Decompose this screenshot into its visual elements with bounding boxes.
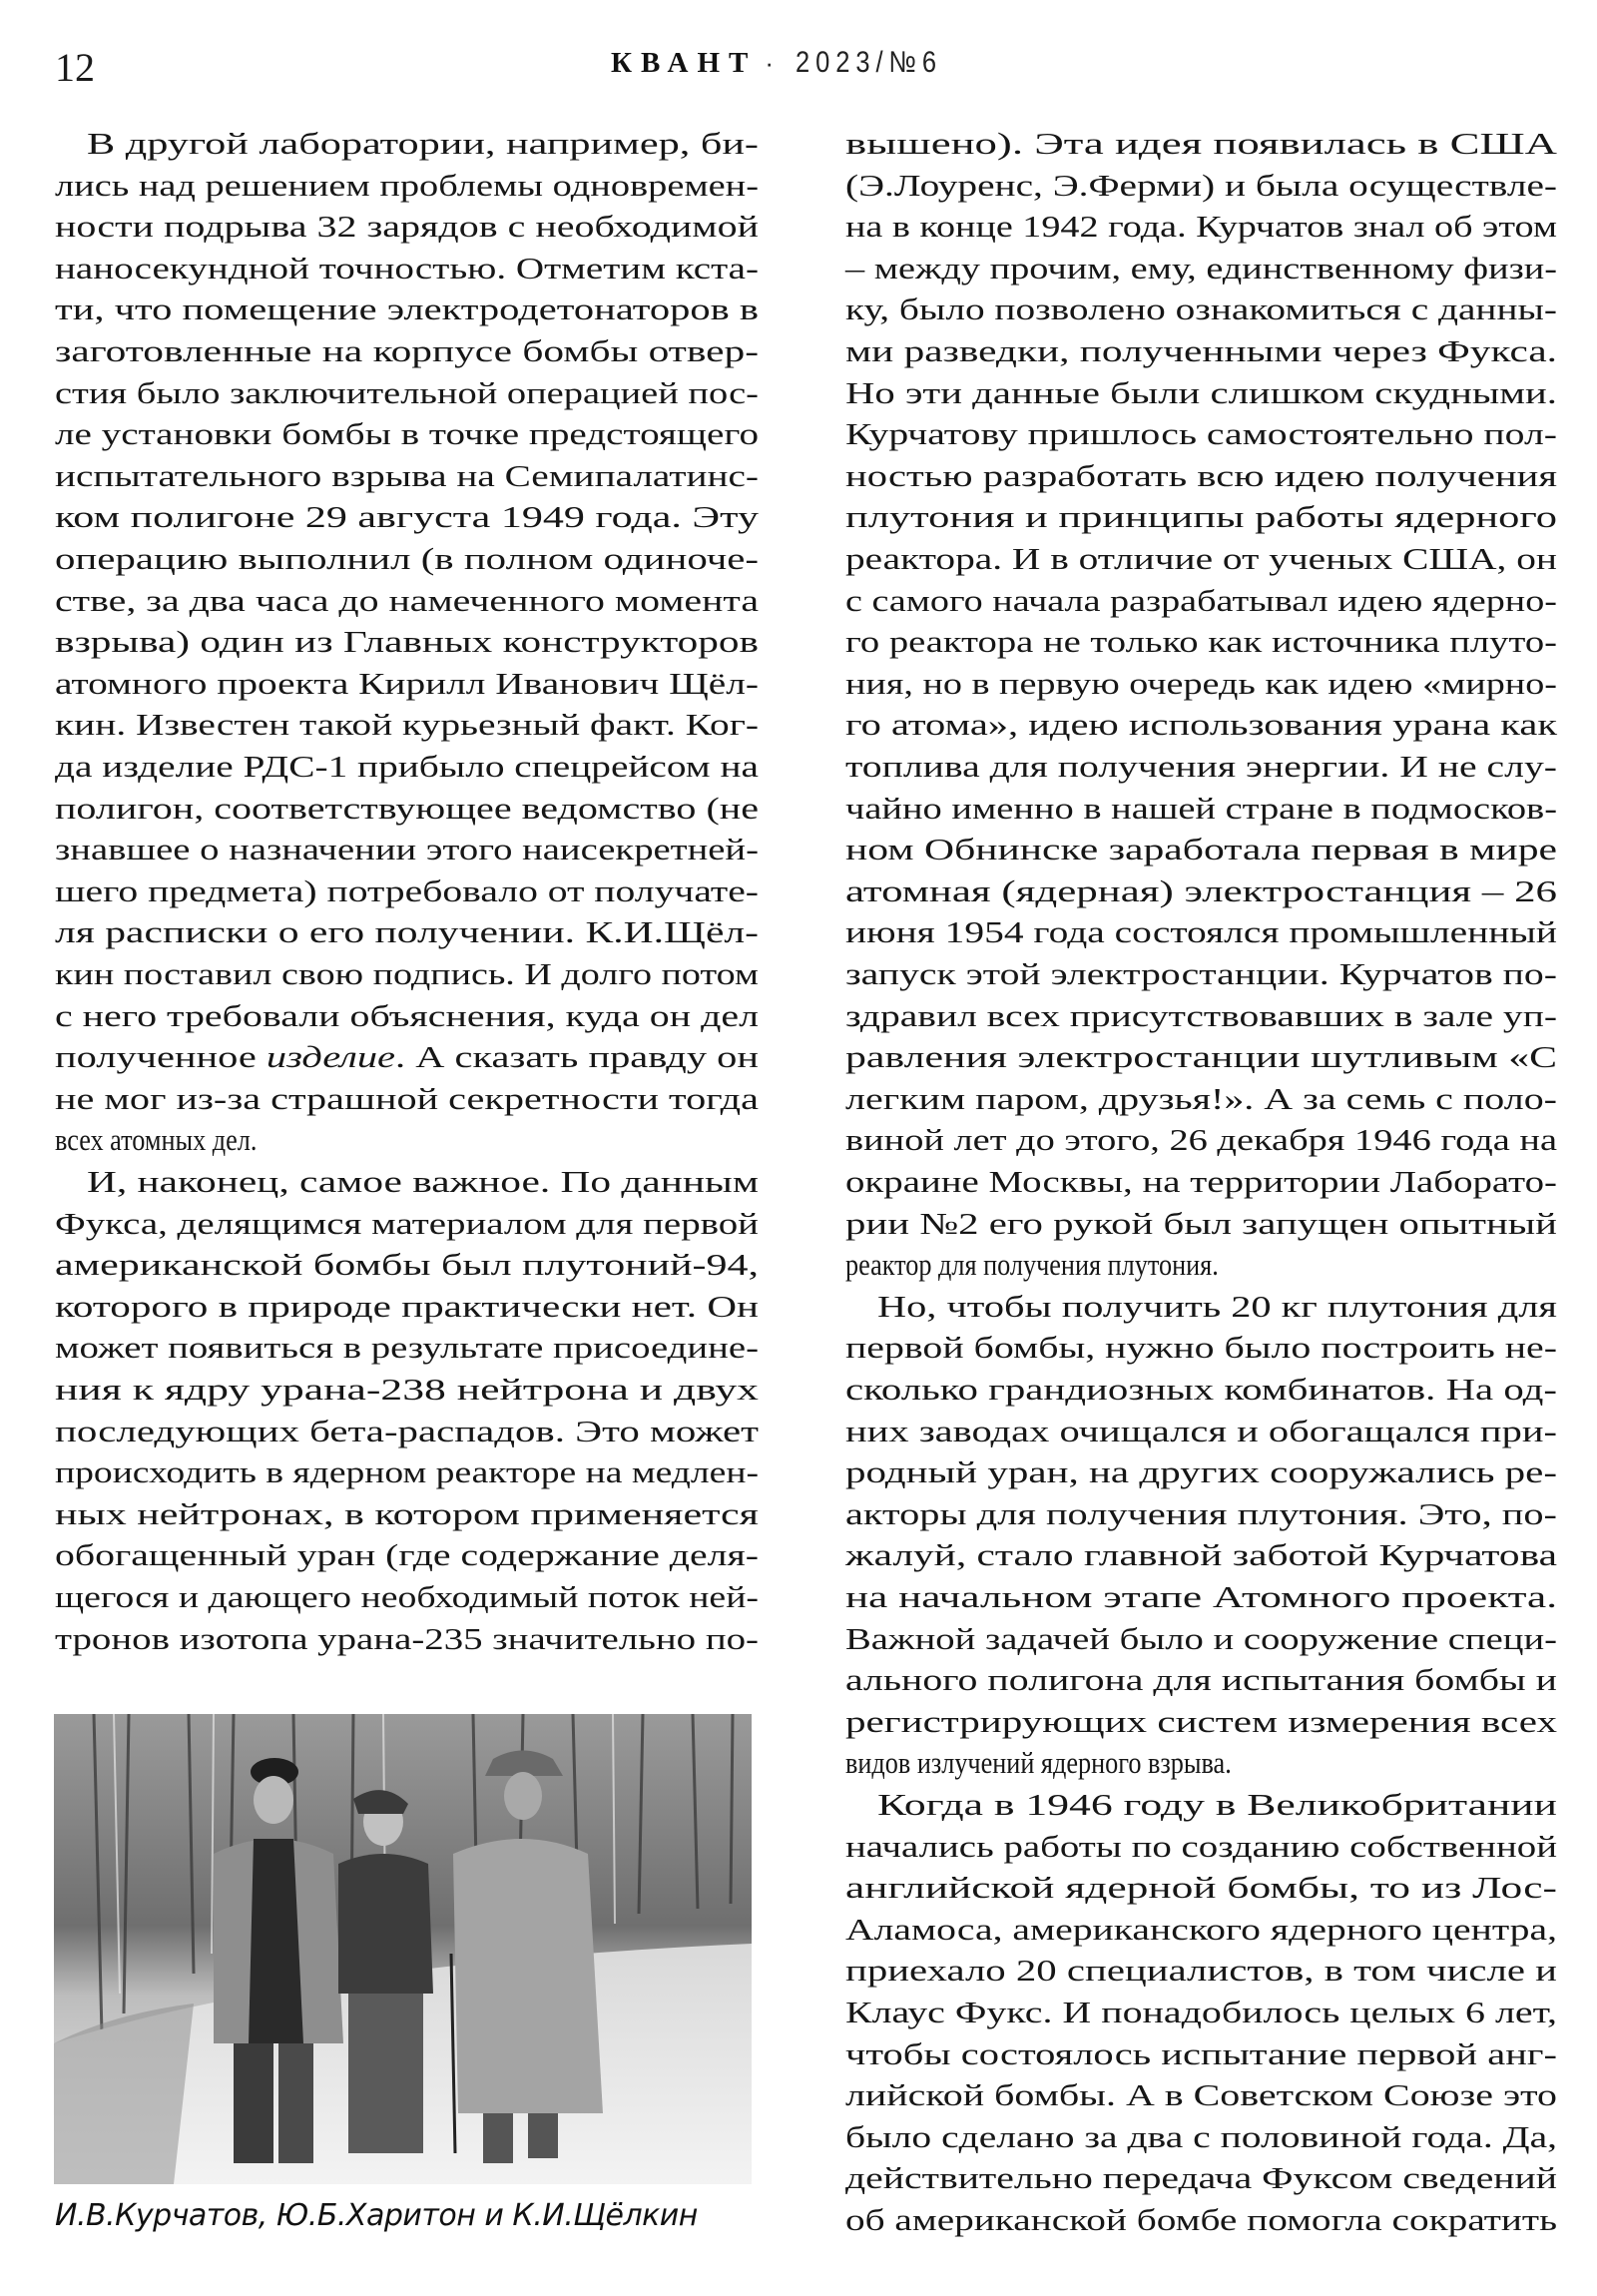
- text-line-content: происходить в ядерном реакторе на медлен…: [55, 1452, 759, 1494]
- text-line-content: с самого начала разрабатывал идею ядерно…: [845, 581, 1557, 623]
- text-line: реактора. И в отличие от ученых США, он: [845, 539, 1396, 581]
- text-line: Когда в 1946 году в Великобритании: [845, 1785, 1352, 1827]
- text-line-content: с него требовали объяснения, куда он дел: [55, 996, 759, 1038]
- text-line: ми разведки, полученными через Фукса.: [845, 331, 1370, 373]
- text-line-content: операцию выполнил (в полном одиноче-: [55, 539, 759, 581]
- text-line-content: акторы для получения плутония. Это, по-: [845, 1494, 1557, 1536]
- text-line: вышено). Эта идея появилась в США: [845, 124, 1331, 166]
- text-line-content: го атома», идею использования урана как: [845, 705, 1557, 747]
- text-line-content: английской ядерной бомбы, то из Лос-: [845, 1868, 1557, 1910]
- text-line-content: Фукса, делящимся материалом для первой: [55, 1204, 759, 1246]
- text-line: жалуй, стало главной заботой Курчатова: [845, 1535, 1369, 1577]
- text-line-content: реактора. И в отличие от ученых США, он: [845, 539, 1557, 581]
- text-line: на начальном этапе Атомного проекта.: [845, 1577, 1347, 1619]
- text-line: может появиться в результате присоедине-: [55, 1328, 609, 1370]
- text-line: об американской бомбе помогла сократить: [845, 2200, 1398, 2242]
- text-line: ком полигоне 29 августа 1949 года. Эту: [55, 497, 566, 539]
- text-line-content: регистрирующих систем измерения всех: [845, 1702, 1557, 1744]
- text-line-content: ния к ядру урана-238 нейтрона и двух: [55, 1370, 759, 1412]
- text-line-content: видов излучений ядерного взрыва.: [845, 1743, 1232, 1785]
- magazine-page: 12 КВАНТ · 2023/№6 В другой лаборатории,…: [0, 0, 1597, 2296]
- photo-three-men-walking-icon: [54, 1714, 752, 2184]
- text-line-content: плутония и принципы работы ядерного: [845, 497, 1557, 539]
- text-line-content: И, наконец, самое важное. По данным: [87, 1162, 759, 1204]
- text-line: кин. Известен такой курьезный факт. Ког-: [55, 705, 600, 747]
- text-line-content: них заводах очищался и обогащался при-: [845, 1412, 1557, 1453]
- text-line: лись над решением проблемы одновремен-: [55, 166, 614, 208]
- text-line-content: запуск этой электростанции. Курчатов по-: [845, 954, 1557, 996]
- text-line-content: жалуй, стало главной заботой Курчатова: [845, 1535, 1557, 1577]
- text-line-content: Аламоса, американского ядерного центра,: [845, 1910, 1557, 1952]
- text-line: приехало 20 специалистов, в том числе и: [845, 1951, 1377, 1993]
- text-line: регистрирующих систем измерения всех: [845, 1702, 1374, 1744]
- text-line: всех атомных дел.: [55, 1120, 289, 1162]
- text-line-content: начались работы по созданию собственной: [845, 1827, 1557, 1869]
- text-line: ных нейтронах, в котором применяется: [55, 1494, 566, 1536]
- text-line-content: Курчатову пришлось самостоятельно пол-: [845, 414, 1557, 456]
- text-line: Важной задачей было и сооружение специ-: [845, 1619, 1407, 1661]
- text-line: не мог из-за страшной секретности тогда: [55, 1079, 589, 1121]
- emphasis: изделие: [266, 1040, 395, 1074]
- text-line: щегося и дающего необходимый поток ней-: [55, 1577, 623, 1619]
- text-line-content: заготовленные на корпусе бомбы отвер-: [55, 331, 759, 373]
- text-line: полигон, соответствующее ведомство (не: [55, 789, 591, 831]
- text-line-content: ком полигоне 29 августа 1949 года. Эту: [55, 497, 759, 539]
- text-line-content: было сделано за два с половиной года. Да…: [845, 2117, 1557, 2159]
- text-line: действительно передача Фуксом сведений: [845, 2158, 1392, 2200]
- text-line-content: окраине Москвы, на территории Лаборато-: [845, 1162, 1557, 1204]
- text-line-content: которого в природе практически нет. Он: [55, 1287, 759, 1329]
- text-line: – между прочим, ему, единственному физи-: [845, 249, 1412, 290]
- text-line: кин поставил свою подпись. И долго потом: [55, 954, 619, 996]
- text-line: ном Обнинске заработала первая в мире: [845, 830, 1367, 871]
- text-line-content: (Э.Лоуренс, Э.Ферми) и была осуществле-: [845, 166, 1557, 208]
- text-line: плутония и принципы работы ядерного: [845, 497, 1356, 539]
- text-line: ния, но в первую очередь как идею «мирно…: [845, 664, 1414, 706]
- text-line-content: кин. Известен такой курьезный факт. Ког-: [55, 705, 759, 747]
- text-line-content: испытательного взрыва на Семипалатинс-: [55, 456, 759, 498]
- text-line-content: да изделие РДС-1 прибыло спецрейсом на: [55, 747, 759, 789]
- text-line-content: знавшее о назначении этого наисекретней-: [55, 830, 759, 871]
- text-line: атомного проекта Кирилл Иванович Щёл-: [55, 664, 601, 706]
- text-line: чтобы состоялось испытание первой анг-: [845, 2034, 1381, 2076]
- text-line-content: ми разведки, полученными через Фукса.: [845, 331, 1557, 373]
- text-line: Но эти данные были слишком скудными.: [845, 373, 1378, 415]
- text-line: родный уран, на других сооружались ре-: [845, 1452, 1375, 1494]
- text-line-content: – между прочим, ему, единственному физи-: [845, 249, 1557, 290]
- text-line: знавшее о назначении этого наисекретней-: [55, 830, 610, 871]
- text-line: заготовленные на корпусе бомбы отвер-: [55, 331, 574, 373]
- text-line: с самого начала разрабатывал идею ядерно…: [845, 581, 1414, 623]
- text-line: последующих бета-распадов. Это может: [55, 1412, 580, 1453]
- text-line: американской бомбы был плутоний-94,: [55, 1245, 566, 1287]
- text-line: И, наконец, самое важное. По данным: [55, 1162, 582, 1204]
- text-line-content: топлива для получения энергии. И не слу-: [845, 747, 1557, 789]
- text-line: да изделие РДС-1 прибыло спецрейсом на: [55, 747, 601, 789]
- text-line-content: реактор для получения плутония.: [845, 1245, 1219, 1287]
- issue-number: 2023/№6: [796, 46, 942, 80]
- text-line: лийской бомбы. А в Советском Союзе это: [845, 2075, 1389, 2117]
- text-line: шего предмета) потребовало от получате-: [55, 871, 597, 913]
- text-line: видов излучений ядерного взрыва.: [845, 1743, 1295, 1785]
- text-line: В другой лаборатории, например, би-: [55, 124, 572, 166]
- text-line: наносекундной точностью. Отметим кста-: [55, 249, 604, 290]
- text-line: операцию выполнил (в полном одиноче-: [55, 539, 580, 581]
- text-line-content: ле установки бомбы в точке предстоящего: [55, 414, 759, 456]
- text-line-content: июня 1954 года состоялся промышленный: [845, 912, 1557, 954]
- text-line-content: может появиться в результате присоедине-: [55, 1328, 759, 1370]
- text-line: здравил всех присутствовавших в зале уп-: [845, 996, 1394, 1038]
- text-line-content: Но эти данные были слишком скудными.: [845, 373, 1557, 415]
- text-line: го реактора не только как источника плут…: [845, 622, 1407, 664]
- text-line-content: лийской бомбы. А в Советском Союзе это: [845, 2075, 1557, 2117]
- text-line-content: чайно именно в нашей стране в подмосков-: [845, 789, 1557, 831]
- text-line: взрыва) один из Главных конструкторов: [55, 622, 576, 664]
- text-line-content: не мог из-за страшной секретности тогда: [55, 1079, 759, 1121]
- text-line-content: вышено). Эта идея появилась в США: [845, 124, 1557, 166]
- text-line-content: сколько грандиозных комбинатов. На од-: [845, 1370, 1557, 1412]
- text-line-content: ля расписки о его получении. К.И.Щёл-: [55, 912, 759, 954]
- text-line-content: здравил всех присутствовавших в зале уп-: [845, 996, 1557, 1038]
- text-line: ности подрыва 32 зарядов с необходимой: [55, 207, 592, 249]
- text-line-content: го реактора не только как источника плут…: [845, 622, 1557, 664]
- text-line: топлива для получения энергии. И не слу-: [845, 747, 1392, 789]
- text-line-content: ти, что помещение электродетонаторов в: [55, 289, 759, 331]
- text-line: виной лет до этого, 26 декабря 1946 года…: [845, 1120, 1411, 1162]
- text-line: начались работы по созданию собственной: [845, 1827, 1404, 1869]
- text-line: происходить в ядерном реакторе на медлен…: [55, 1452, 626, 1494]
- text-line-content: щегося и дающего необходимый поток ней-: [55, 1577, 759, 1619]
- text-line-content: полученное изделие. А сказать правду он: [55, 1037, 759, 1079]
- text-line: испытательного взрыва на Семипалатинс-: [55, 456, 602, 498]
- text-line: Фукса, делящимся материалом для первой: [55, 1204, 607, 1246]
- text-line: обогащенный уран (где содержание деля-: [55, 1535, 595, 1577]
- text-line-content: атомная (ядерная) электростанция – 26: [845, 871, 1557, 913]
- text-line-content: Когда в 1946 году в Великобритании: [877, 1785, 1557, 1827]
- text-line: атомная (ядерная) электростанция – 26: [845, 871, 1351, 913]
- historical-photo: [54, 1714, 752, 2184]
- text-line: Аламоса, американского ядерного центра,: [845, 1910, 1392, 1952]
- running-head: КВАНТ · 2023/№6: [611, 46, 968, 86]
- text-line: английской ядерной бомбы, то из Лос-: [845, 1868, 1345, 1910]
- text-line: равления электростанции шутливым «С: [845, 1037, 1364, 1079]
- page-number: 12: [55, 46, 95, 90]
- text-line-content: обогащенный уран (где содержание деля-: [55, 1535, 759, 1577]
- header-separator: ·: [765, 48, 774, 79]
- text-line-content: на начальном этапе Атомного проекта.: [845, 1577, 1557, 1619]
- text-line-content: последующих бета-распадов. Это может: [55, 1412, 759, 1453]
- text-line: ностью разработать всю идею получения: [845, 456, 1380, 498]
- text-line-content: стве, за два часа до намеченного момента: [55, 581, 759, 623]
- text-line-content: виной лет до этого, 26 декабря 1946 года…: [845, 1120, 1557, 1162]
- text-line: го атома», идею использования урана как: [845, 705, 1381, 747]
- text-line-content: действительно передача Фуксом сведений: [845, 2158, 1557, 2200]
- text-line-content: легким паром, друзья!». А за семь с поло…: [845, 1079, 1557, 1121]
- text-line: с него требовали объяснения, куда он дел: [55, 996, 593, 1038]
- text-line: ти, что помещение электродетонаторов в: [55, 289, 585, 331]
- text-line-content: ку, было позволено ознакомиться с данны-: [845, 289, 1557, 331]
- text-line-content: взрыва) один из Главных конструкторов: [55, 622, 759, 664]
- text-line-content: ности подрыва 32 зарядов с необходимой: [55, 207, 759, 249]
- text-line: на в конце 1942 года. Курчатов знал об э…: [845, 207, 1414, 249]
- text-line-content: стия было заключительной операцией пос-: [55, 373, 759, 415]
- text-line-content: лись над решением проблемы одновремен-: [55, 166, 759, 208]
- text-line-content: об американской бомбе помогла сократить: [845, 2200, 1557, 2242]
- text-line: ле установки бомбы в точке предстоящего: [55, 414, 604, 456]
- text-line: июня 1954 года состоялся промышленный: [845, 912, 1395, 954]
- text-line: было сделано за два с половиной года. Да…: [845, 2117, 1394, 2159]
- text-line: Курчатову пришлось самостоятельно пол-: [845, 414, 1392, 456]
- text-line-content: приехало 20 специалистов, в том числе и: [845, 1951, 1557, 1993]
- text-line: окраине Москвы, на территории Лаборато-: [845, 1162, 1404, 1204]
- text-line-content: тронов изотопа урана-235 значительно по-: [55, 1619, 759, 1661]
- text-line-content: американской бомбы был плутоний-94,: [55, 1245, 759, 1287]
- text-line-content: кин поставил свою подпись. И долго потом: [55, 954, 759, 996]
- text-line: (Э.Лоуренс, Э.Ферми) и была осуществле-: [845, 166, 1397, 208]
- text-line-content: ального полигона для испытания бомбы и: [845, 1660, 1557, 1702]
- text-line-content: полигон, соответствующее ведомство (не: [55, 789, 759, 831]
- text-line: них заводах очищался и обогащался при-: [845, 1412, 1381, 1453]
- text-line-content: Но, чтобы получить 20 кг плутония для: [877, 1287, 1557, 1329]
- text-line-content: наносекундной точностью. Отметим кста-: [55, 249, 759, 290]
- text-line-content: чтобы состоялось испытание первой анг-: [845, 2034, 1557, 2076]
- journal-title: КВАНТ: [611, 47, 757, 80]
- text-line: которого в природе практически нет. Он: [55, 1287, 577, 1329]
- text-line: ку, было позволено ознакомиться с данны-: [845, 289, 1397, 331]
- text-line-content: первой бомбы, нужно было построить не-: [845, 1328, 1557, 1370]
- text-line: чайно именно в нашей стране в подмосков-: [845, 789, 1410, 831]
- text-line: ля расписки о его получении. К.И.Щёл-: [55, 912, 571, 954]
- text-line-content: ных нейтронах, в котором применяется: [55, 1494, 759, 1536]
- text-line: Клаус Фукс. И понадобилось целых 6 лет,: [845, 1993, 1389, 2034]
- text-line-content: родный уран, на других сооружались ре-: [845, 1452, 1557, 1494]
- text-line-content: равления электростанции шутливым «С: [845, 1037, 1557, 1079]
- text-line-content: ностью разработать всю идею получения: [845, 456, 1557, 498]
- text-line-content: ния, но в первую очередь как идею «мирно…: [845, 664, 1557, 706]
- text-line: первой бомбы, нужно было построить не-: [845, 1328, 1390, 1370]
- text-line: ального полигона для испытания бомбы и: [845, 1660, 1390, 1702]
- text-line: акторы для получения плутония. Это, по-: [845, 1494, 1383, 1536]
- text-line: легким паром, друзья!». А за семь с поло…: [845, 1079, 1388, 1121]
- text-line: ния к ядру урана-238 нейтрона и двух: [55, 1370, 547, 1412]
- text-line-content: всех атомных дел.: [55, 1120, 257, 1162]
- text-line-content: Клаус Фукс. И понадобилось целых 6 лет,: [845, 1993, 1557, 2034]
- text-line: реактор для получения плутония.: [845, 1245, 1280, 1287]
- text-line-content: рии №2 его рукой был запущен опытный: [845, 1204, 1557, 1246]
- text-line-content: Важной задачей было и сооружение специ-: [845, 1619, 1557, 1661]
- text-line: Но, чтобы получить 20 кг плутония для: [845, 1287, 1391, 1329]
- text-line: запуск этой электростанции. Курчатов по-: [845, 954, 1392, 996]
- text-line: сколько грандиозных комбинатов. На од-: [845, 1370, 1377, 1412]
- photo-caption: И.В.Курчатов, Ю.Б.Харитон и К.И.Щёлкин: [55, 2196, 698, 2236]
- text-line-content: на в конце 1942 года. Курчатов знал об э…: [845, 207, 1557, 249]
- text-line-content: шего предмета) потребовало от получате-: [55, 871, 759, 913]
- text-line-content: атомного проекта Кирилл Иванович Щёл-: [55, 664, 759, 706]
- text-line-content: В другой лаборатории, например, би-: [87, 124, 759, 166]
- text-line-content: ном Обнинске заработала первая в мире: [845, 830, 1557, 871]
- text-line: стве, за два часа до намеченного момента: [55, 581, 594, 623]
- text-line: стия было заключительной операцией пос-: [55, 373, 613, 415]
- text-line: полученное изделие. А сказать правду он: [55, 1037, 586, 1079]
- text-line: тронов изотопа урана-235 значительно по-: [55, 1619, 607, 1661]
- text-line: рии №2 его рукой был запущен опытный: [845, 1204, 1377, 1246]
